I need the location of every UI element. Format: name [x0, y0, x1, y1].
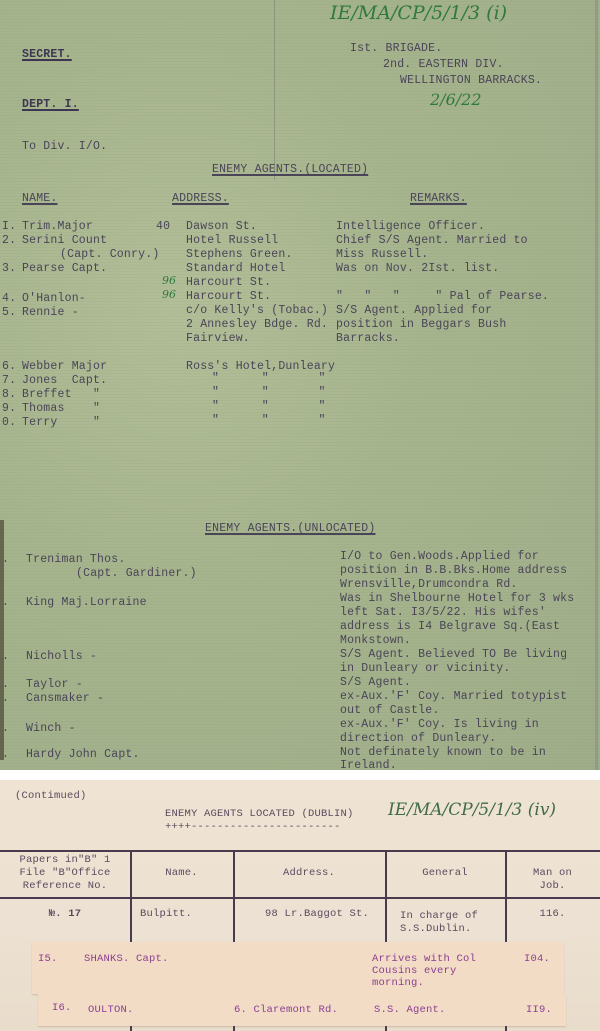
agent-remarks: S/S Agent. Believed TO Be living — [340, 648, 567, 662]
agent-remarks: I/O to Gen.Woods.Applied for — [340, 550, 539, 564]
row-number: I. — [2, 220, 16, 234]
agent-name: Taylor - — [26, 678, 83, 692]
address-number: 40 — [156, 220, 170, 234]
row-number: 3. — [2, 262, 16, 276]
row-number: 4. — [2, 292, 16, 306]
handwritten-address-number: 96 — [162, 288, 176, 301]
agent-remarks: Was in Shelbourne Hotel for 3 wks — [340, 592, 574, 606]
agent-address: 98 Lr.Baggot St. — [265, 908, 369, 921]
sender-line-2: 2nd. EASTERN DIV. — [383, 58, 504, 72]
reference-number: I6. — [52, 1002, 72, 1015]
column-header-address: ADDRESS. — [172, 192, 229, 206]
agent-remarks: in Dunleary or vicinity. — [340, 662, 510, 676]
header-line: Reference No. — [0, 880, 130, 893]
agent-remarks: Barracks. — [336, 332, 400, 346]
agent-address: Harcourt St. — [186, 290, 271, 304]
agent-name: Serini Count — [22, 234, 107, 248]
row-number: . — [2, 596, 9, 610]
row-number: . — [2, 748, 9, 762]
agent-general: morning. — [372, 977, 424, 990]
agent-name: Thomas " — [22, 402, 100, 416]
row-number: . — [2, 650, 9, 664]
man-on-job: I04. — [524, 953, 550, 966]
continued-label: (Contimued) — [15, 790, 87, 803]
column-header-remarks: REMARKS. — [410, 192, 467, 206]
header-divider — [0, 897, 600, 899]
header-line: File "B"Office — [0, 867, 130, 880]
row-number: 0. — [2, 416, 16, 430]
agent-general: In charge of — [400, 910, 478, 923]
agent-remarks: Not definately known to be in — [340, 746, 546, 760]
agent-name: Breffet " — [22, 388, 100, 402]
reference-number: №. 17 — [0, 908, 130, 921]
agent-name: King Maj.Lorraine — [26, 596, 147, 610]
column-header-general: General — [385, 867, 505, 880]
agent-remarks: address is I4 Belgrave Sq.(East — [340, 620, 560, 634]
agent-address: Dawson St. — [186, 220, 257, 234]
agent-address: " " " — [212, 372, 326, 386]
agent-address: Hotel Russell — [186, 234, 278, 248]
recipient-line: To Div. I/O. — [22, 140, 107, 154]
handwritten-date: 2/6/22 — [430, 90, 482, 109]
agent-remarks: out of Castle. — [340, 704, 439, 718]
man-on-job: II9. — [526, 1004, 552, 1017]
agent-name: Rennie - — [22, 306, 79, 320]
agent-name: Trim.Major — [22, 220, 93, 234]
agent-alias: (Capt. Conry.) — [60, 248, 159, 262]
agent-remarks: Was on Nov. 2Ist. list. — [336, 262, 499, 276]
reference-number: I5. — [38, 953, 58, 966]
header-line: Job. — [505, 880, 600, 893]
man-on-job: 116. — [505, 908, 600, 921]
row-number: . — [2, 678, 9, 692]
table-title: ENEMY AGENTS LOCATED (DUBLIN) — [165, 808, 354, 821]
archive-reference: IE/MA/CP/5/1/3 (i) — [330, 2, 507, 24]
agent-address: " " " — [212, 414, 326, 428]
column-header-name: Name. — [130, 867, 233, 880]
header-line: Papers in"B" 1 — [0, 854, 130, 867]
agent-remarks: left Sat. I3/5/22. His wifes' — [340, 606, 546, 620]
row-number: 6. — [2, 360, 16, 374]
row-number: . — [2, 692, 9, 706]
agent-name: Jones Capt. — [22, 374, 107, 388]
agent-remarks: S/S Agent. — [340, 676, 411, 690]
header-line: Man on — [505, 867, 600, 880]
agent-remarks: direction of Dunleary. — [340, 732, 496, 746]
agent-remarks: Ireland. — [340, 759, 397, 773]
agent-remarks: position in B.B.Bks.Home address — [340, 564, 567, 578]
agent-name: Nicholls - — [26, 650, 97, 664]
row-number: 9. — [2, 402, 16, 416]
agent-address: Stephens Green. — [186, 248, 293, 262]
row-number: . — [2, 722, 9, 736]
classification-label: SECRET. — [22, 48, 72, 62]
agent-address: c/o Kelly's (Tobac.) — [186, 304, 328, 318]
agent-name: Treniman Thos. — [26, 553, 125, 567]
archive-reference: IE/MA/CP/5/1/3 (iv) — [388, 800, 556, 820]
agent-general: Arrives with Col — [372, 953, 476, 966]
agent-address: 2 Annesley Bdge. Rd. — [186, 318, 328, 332]
department-label: DEPT. I. — [22, 98, 79, 112]
agent-remarks: Wrensville,Drumcondra Rd. — [340, 578, 518, 592]
column-header-address: Address. — [233, 867, 385, 880]
handwritten-address-number: 96 — [162, 274, 176, 287]
column-header-name: NAME. — [22, 192, 58, 206]
agent-name: SHANKS. Capt. — [84, 953, 169, 966]
agent-remarks: " " " " Pal of Pearse. — [336, 290, 549, 304]
agent-remarks: S/S Agent. Applied for — [336, 304, 492, 318]
row-number: 2. — [2, 234, 16, 248]
agent-remarks: Miss Russell. — [336, 248, 428, 262]
agent-name: Hardy John Capt. — [26, 748, 140, 762]
paper-edge — [595, 0, 598, 770]
agent-name: Pearse Capt. — [22, 262, 107, 276]
pasted-slip-row: I5. SHANKS. Capt. Arrives with Col Cousi… — [32, 942, 564, 994]
agent-remarks: Chief S/S Agent. Married to — [336, 234, 528, 248]
agent-name: Terry " — [22, 416, 100, 430]
agent-name: O'Hanlon- — [22, 292, 86, 306]
agent-address: Harcourt St. — [186, 276, 271, 290]
agent-general: S.S.Dublin. — [400, 923, 472, 936]
agent-remarks: Intelligence Officer. — [336, 220, 485, 234]
agent-name: OULTON. — [88, 1004, 134, 1017]
sender-line-1: Ist. BRIGADE. — [350, 42, 442, 56]
agent-general: S.S. Agent. — [374, 1004, 446, 1017]
table-border-top — [0, 850, 600, 852]
agent-address: 6. Claremont Rd. — [234, 1004, 338, 1017]
section-title-unlocated: ENEMY AGENTS.(UNLOCATED) — [205, 522, 375, 536]
agent-name: Winch - — [26, 722, 76, 736]
row-number: 5. — [2, 306, 16, 320]
section-title-located: ENEMY AGENTS.(LOCATED) — [212, 163, 368, 177]
title-underline: ++++----------------------- — [165, 821, 341, 834]
pasted-slip-row: I6. OULTON. 6. Claremont Rd. S.S. Agent.… — [38, 994, 566, 1026]
document-page-1: IE/MA/CP/5/1/3 (i) SECRET. DEPT. I. Ist.… — [0, 0, 600, 770]
agent-address: " " " — [212, 386, 326, 400]
fold-line — [274, 0, 275, 180]
agent-address: Standard Hotel — [186, 262, 285, 276]
row-number: . — [2, 553, 9, 567]
agent-name: Bulpitt. — [140, 908, 192, 921]
agent-name: Webber Major — [22, 360, 107, 374]
agent-remarks: position in Beggars Bush — [336, 318, 506, 332]
row-number: 7. — [2, 374, 16, 388]
agent-remarks: ex-Aux.'F' Coy. Married totypist — [340, 690, 567, 704]
document-page-2: (Contimued) ENEMY AGENTS LOCATED (DUBLIN… — [0, 780, 600, 1031]
row-number: 8. — [2, 388, 16, 402]
agent-general: Cousins every — [372, 965, 457, 978]
sender-line-3: WELLINGTON BARRACKS. — [400, 74, 542, 88]
agent-remarks: ex-Aux.'F' Coy. Is living in — [340, 718, 539, 732]
agent-name: Cansmaker - — [26, 692, 104, 706]
agent-remarks: Monkstown. — [340, 634, 411, 648]
agent-address: Fairview. — [186, 332, 250, 346]
agent-alias: (Capt. Gardiner.) — [76, 567, 197, 581]
agent-address: " " " — [212, 400, 326, 414]
